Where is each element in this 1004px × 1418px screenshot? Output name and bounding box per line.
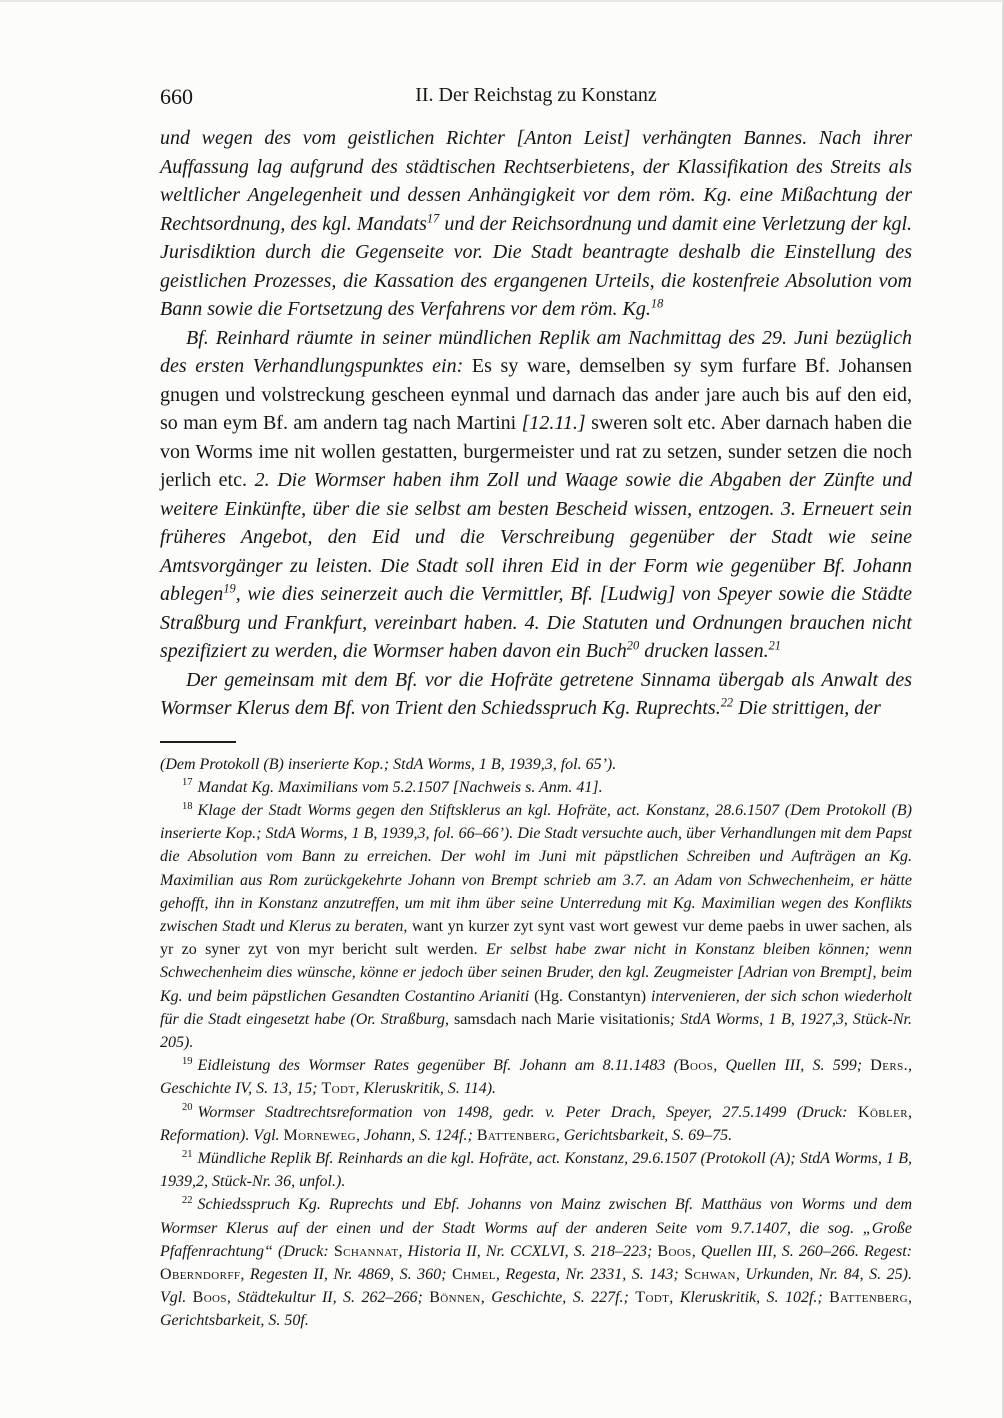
footnotes-section: (Dem Protokoll (B) inserierte Kop.; StdA… — [160, 741, 912, 1333]
text-segment: Klage der Stadt Worms gegen den Stiftskl… — [160, 802, 912, 935]
footnote-item: 21Mündliche Replik Bf. Reinhards an die … — [160, 1147, 912, 1193]
text-segment: , Geschichte, S. 227f.; — [481, 1289, 636, 1306]
text-segment: , Kleruskritik, S. 114). — [355, 1080, 496, 1097]
footnote-reference: 20 — [627, 638, 639, 652]
text-segment: Chmel — [452, 1266, 496, 1283]
text-segment: , Quellen III, S. 260–266. Regest: — [692, 1243, 912, 1260]
text-segment: Ders. — [870, 1057, 908, 1074]
footnote-reference: 19 — [223, 581, 235, 595]
footnote-marker: 19 — [182, 1056, 193, 1067]
footnote-marker: 22 — [182, 1195, 193, 1206]
footnote-text: (Dem Protokoll (B) inserierte Kop.; StdA… — [160, 756, 616, 773]
paragraph: und wegen des vom geistlichen Richter [A… — [160, 124, 912, 324]
footnote-reference: 21 — [769, 638, 781, 652]
text-segment: [12.11.] — [522, 412, 592, 434]
footnote-item: 18Klage der Stadt Worms gegen den Stifts… — [160, 799, 912, 1054]
text-segment: Morneweg — [284, 1127, 356, 1144]
text-segment: Todt — [321, 1080, 355, 1097]
text-segment: Schannat — [334, 1243, 399, 1260]
main-text: und wegen des vom geistlichen Richter [A… — [160, 124, 912, 723]
footnote-continuation: (Dem Protokoll (B) inserierte Kop.; StdA… — [160, 753, 912, 776]
text-segment: Boos — [657, 1243, 691, 1260]
text-segment: Boos — [679, 1057, 713, 1074]
text-segment: , Kleruskritik, S. 102f.; — [669, 1289, 829, 1306]
text-segment: , wie dies seinerzeit auch die Vermittle… — [160, 583, 912, 662]
footnote-item: 22Schiedsspruch Kg. Ruprechts und Ebf. J… — [160, 1193, 912, 1332]
book-page: 660 II. Der Reichstag zu Konstanz und we… — [0, 0, 1004, 1418]
text-segment: Oberndorff — [160, 1266, 240, 1283]
text-segment: Bönnen — [429, 1289, 481, 1306]
text-segment: Battenberg — [829, 1289, 908, 1306]
text-segment: , Johann, S. 124f.; — [356, 1127, 477, 1144]
page-number: 660 — [160, 84, 193, 110]
text-segment: , Historia II, Nr. CCXLVI, S. 218–223; — [398, 1243, 657, 1260]
text-segment: Boos — [193, 1289, 227, 1306]
text-segment: samsdach nach Marie visitationis — [454, 1011, 670, 1028]
page-header: 660 II. Der Reichstag zu Konstanz — [160, 84, 912, 112]
text-segment: , Gerichtsbarkeit, S. 69–75. — [556, 1127, 732, 1144]
text-segment: Eidleistung des Wormser Rates gegenüber … — [198, 1057, 679, 1074]
text-segment: Mündliche Replik Bf. Reinhards an die kg… — [160, 1150, 912, 1190]
footnote-item: 19Eidleistung des Wormser Rates gegenübe… — [160, 1054, 912, 1100]
text-segment: Köbler — [858, 1104, 908, 1121]
footnote-marker: 17 — [182, 777, 193, 788]
text-segment: , Regesten II, Nr. 4869, S. 360; — [240, 1266, 452, 1283]
text-segment: Schwan — [684, 1266, 736, 1283]
footnote-reference: 17 — [427, 211, 439, 225]
text-segment: (Hg. Constantyn) — [534, 988, 651, 1005]
paragraph: Bf. Reinhard räumte in seiner mündlichen… — [160, 324, 912, 666]
footnote-item: 17Mandat Kg. Maximilians vom 5.2.1507 [N… — [160, 776, 912, 799]
text-segment: Battenberg — [477, 1127, 556, 1144]
footnote-marker: 18 — [182, 801, 193, 812]
footnote-reference: 22 — [721, 695, 733, 709]
footnote-text: Klage der Stadt Worms gegen den Stiftskl… — [160, 802, 912, 1051]
footnote-separator — [160, 741, 236, 743]
text-segment: , Quellen III, S. 599; — [713, 1057, 870, 1074]
text-segment: Die strittigen, der — [733, 697, 881, 719]
footnote-text: Eidleistung des Wormser Rates gegenüber … — [160, 1057, 912, 1097]
text-segment: (Dem Protokoll (B) inserierte Kop.; StdA… — [160, 756, 616, 773]
page-content: 660 II. Der Reichstag zu Konstanz und we… — [160, 84, 912, 1333]
text-segment: Wormser Stadtrechtsreformation von 1498,… — [198, 1104, 858, 1121]
paragraph: Der gemeinsam mit dem Bf. vor die Hofrät… — [160, 666, 912, 723]
footnote-item: 20Wormser Stadtrechtsreformation von 149… — [160, 1101, 912, 1147]
footnote-marker: 20 — [182, 1102, 193, 1113]
footnote-text: Wormser Stadtrechtsreformation von 1498,… — [160, 1104, 912, 1144]
text-segment: drucken lassen. — [639, 640, 768, 662]
text-segment: , Regesta, Nr. 2331, S. 143; — [496, 1266, 684, 1283]
text-segment: Todt — [635, 1289, 669, 1306]
text-segment: , Städtekultur II, S. 262–266; — [227, 1289, 429, 1306]
footnote-text: Mündliche Replik Bf. Reinhards an die kg… — [160, 1150, 912, 1190]
footnote-marker: 21 — [182, 1149, 193, 1160]
running-head: II. Der Reichstag zu Konstanz — [160, 84, 912, 107]
footnote-reference: 18 — [651, 296, 663, 310]
footnote-text: Schiedsspruch Kg. Ruprechts und Ebf. Joh… — [160, 1196, 912, 1329]
footnote-text: Mandat Kg. Maximilians vom 5.2.1507 [Nac… — [198, 779, 603, 796]
text-segment: Mandat Kg. Maximilians vom 5.2.1507 [Nac… — [198, 779, 603, 796]
